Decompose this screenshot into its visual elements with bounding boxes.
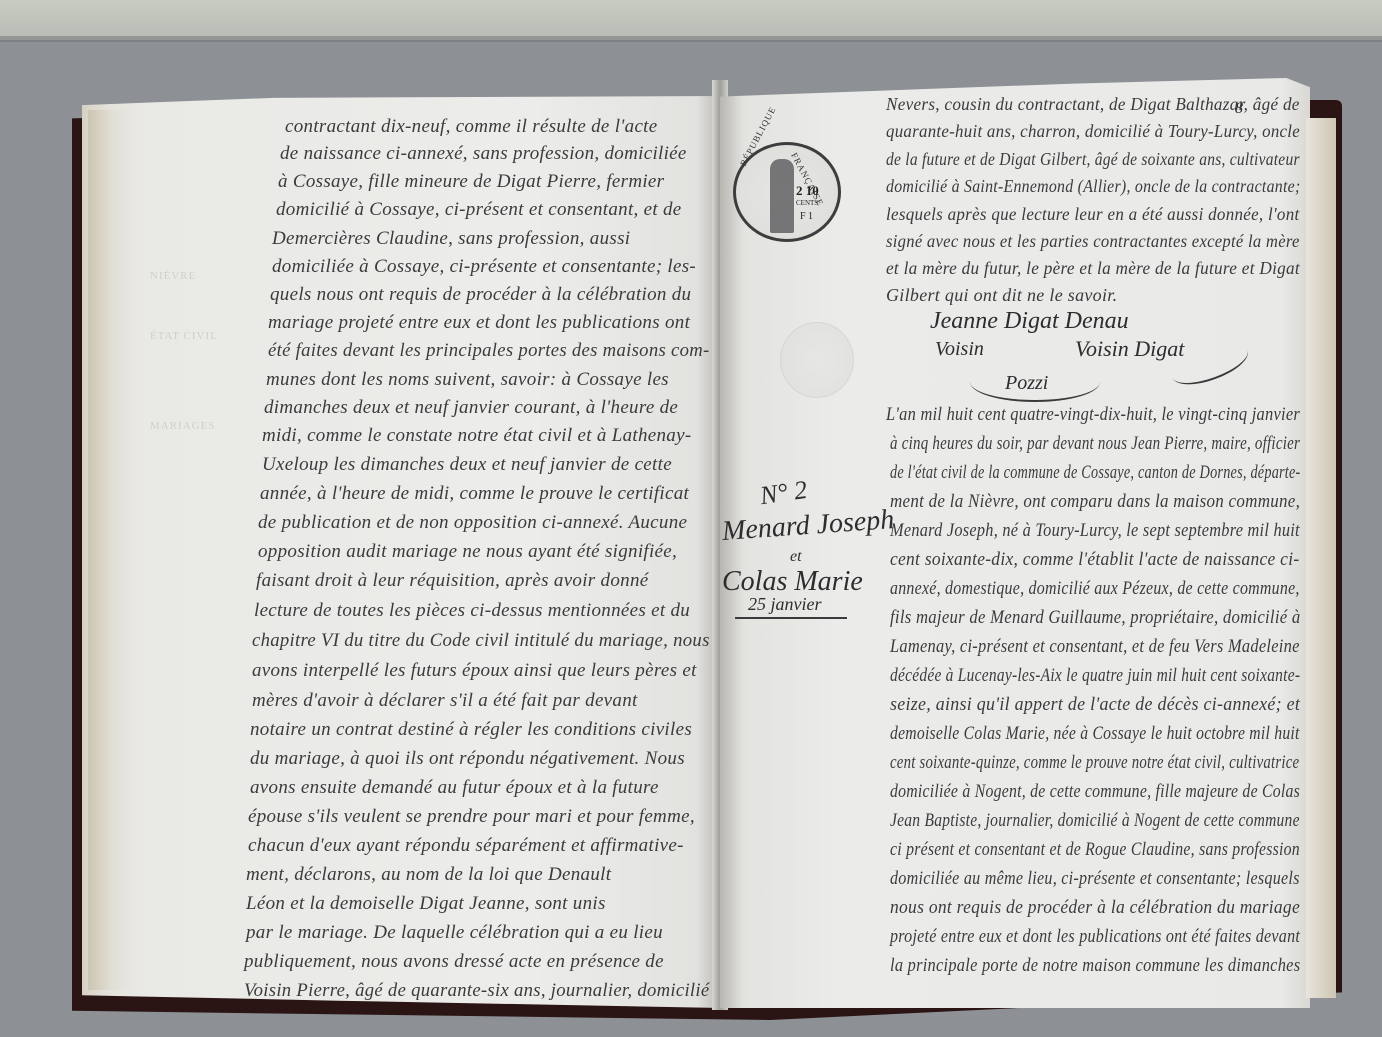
text-line: domiciliée à Cossaye, ci-présente et con…	[272, 256, 696, 278]
text-line: cent soixante-quinze, comme le prouve no…	[890, 752, 1299, 774]
text-line: domicilié à Saint-Ennemond (Allier), onc…	[886, 176, 1300, 197]
show-through-text: NIÈVRE	[150, 270, 196, 282]
text-line: quarante-huit ans, charron, domicilié à …	[886, 121, 1300, 142]
text-line: domiciliée à Nogent, de cette commune, f…	[890, 781, 1300, 803]
text-line: seize, ainsi qu'il appert de l'acte de d…	[890, 694, 1300, 716]
text-line: quels nous ont requis de procéder à la c…	[270, 284, 691, 306]
conjunction: et	[790, 548, 802, 566]
entry-date: 25 janvier	[748, 594, 822, 615]
background-paper-sheet	[0, 0, 1382, 40]
text-line: mères d'avoir à déclarer s'il a été fait…	[252, 690, 638, 712]
text-line: et la mère du futur, le père et la mère …	[886, 258, 1300, 279]
signature: Voisin	[935, 338, 984, 361]
text-line: lesquels après que lecture leur en a été…	[886, 204, 1300, 225]
text-line: Léon et la demoiselle Digat Jeanne, sont…	[246, 893, 606, 915]
text-line: de l'état civil de la commune de Cossaye…	[890, 462, 1301, 484]
text-line: projeté entre eux et dont les publicatio…	[890, 926, 1300, 948]
text-line: à cinq heures du soir, par devant nous J…	[890, 433, 1300, 455]
text-line: signé avec nous et les parties contracta…	[886, 231, 1300, 252]
text-line: domiciliée au même lieu, ci-présente et …	[890, 868, 1300, 890]
text-line: de naissance ci-annexé, sans profession,…	[280, 143, 687, 165]
show-through-text: ÉTAT CIVIL	[150, 330, 218, 342]
text-line: de publication et de non opposition ci-a…	[258, 512, 687, 534]
text-line: publiquement, nous avons dressé acte en …	[244, 951, 664, 973]
text-line: Nevers, cousin du contractant, de Digat …	[886, 94, 1300, 115]
text-line: ci présent et consentant et de Rogue Cla…	[890, 839, 1300, 861]
stamp-sub: CENTS	[796, 199, 818, 207]
text-line: Demercières Claudine, sans profession, a…	[272, 228, 630, 250]
text-line: mariage projeté entre eux et dont les pu…	[268, 312, 690, 334]
signature: Jeanne Digat Denau	[930, 308, 1129, 335]
text-line: annexé, domestique, domicilié aux Pézeux…	[890, 578, 1300, 600]
embossed-seal	[780, 322, 854, 398]
text-line: ment de la Nièvre, ont comparu dans la m…	[890, 491, 1300, 513]
text-line: demoiselle Colas Marie, née à Cossaye le…	[890, 723, 1300, 745]
left-page-edge	[88, 110, 128, 990]
text-line: domicilié à Cossaye, ci-présent et conse…	[276, 199, 682, 221]
signature: Voisin Digat	[1075, 336, 1184, 362]
text-line: chapitre VI du titre du Code civil intit…	[252, 630, 710, 652]
text-line: Uxeloup les dimanches deux et neuf janvi…	[262, 454, 672, 476]
text-line: avons interpellé les futurs époux ainsi …	[252, 660, 697, 682]
text-line: lecture de toutes les pièces ci-dessus m…	[254, 600, 690, 622]
text-line: faisant droit à leur réquisition, après …	[256, 570, 648, 592]
text-line: année, à l'heure de midi, comme le prouv…	[260, 483, 689, 505]
text-line: contractant dix-neuf, comme il résulte d…	[285, 116, 658, 138]
text-line: Jean Baptiste, journalier, domicilié à N…	[890, 810, 1300, 832]
text-line: chacun d'eux ayant répondu séparément et…	[248, 835, 684, 857]
text-line: la principale porte de notre maison comm…	[890, 955, 1300, 977]
text-line: Voisin Pierre, âgé de quarante-six ans, …	[244, 980, 709, 1002]
text-line: cent soixante-dix, comme l'établit l'act…	[890, 549, 1299, 571]
text-line: du mariage, à quoi ils ont répondu négat…	[250, 748, 685, 770]
text-line: L'an mil huit cent quatre-vingt-dix-huit…	[886, 404, 1300, 426]
text-line: Lamenay, ci-présent et consentant, et de…	[890, 636, 1300, 658]
text-line: dimanches deux et neuf janvier courant, …	[264, 397, 678, 419]
stamp-value: 2 10	[796, 183, 819, 199]
text-line: décédée à Lucenay-les-Aix le quatre juin…	[890, 665, 1300, 687]
text-line: Gilbert qui ont dit ne le savoir.	[886, 285, 1117, 306]
fiscal-stamp: RÉPUBLIQUE FRANÇAISE 2 10 CENTS F 1	[733, 142, 841, 242]
date-underline	[735, 617, 847, 619]
text-line: notaire un contrat destiné à régler les …	[250, 719, 692, 741]
justice-figure-icon	[770, 159, 794, 233]
text-line: avons ensuite demandé au futur époux et …	[250, 777, 659, 799]
show-through-text: MARIAGES	[150, 420, 215, 432]
text-line: nous ont requis de procéder à la célébra…	[890, 897, 1300, 919]
text-line: midi, comme le constate notre état civil…	[262, 425, 691, 447]
right-page-stack-edge	[1306, 118, 1336, 998]
text-line: à Cossaye, fille mineure de Digat Pierre…	[278, 171, 664, 193]
text-line: épouse s'ils veulent se prendre pour mar…	[248, 806, 695, 828]
text-line: de la future et de Digat Gilbert, âgé de…	[886, 149, 1300, 170]
stamp-mark: F 1	[800, 211, 813, 222]
background-shadow	[0, 36, 1382, 42]
text-line: Menard Joseph, né à Toury-Lurcy, le sept…	[890, 520, 1300, 542]
text-line: munes dont les noms suivent, savoir: à C…	[266, 369, 669, 391]
text-line: par le mariage. De laquelle célébration …	[246, 922, 663, 944]
text-line: opposition audit mariage ne nous ayant é…	[258, 541, 677, 563]
text-line: ment, déclarons, au nom de la loi que De…	[246, 864, 611, 886]
signature-flourish	[970, 362, 1100, 402]
text-line: fils majeur de Menard Guillaume, proprié…	[890, 607, 1301, 629]
text-line: été faites devant les principales portes…	[268, 340, 710, 362]
